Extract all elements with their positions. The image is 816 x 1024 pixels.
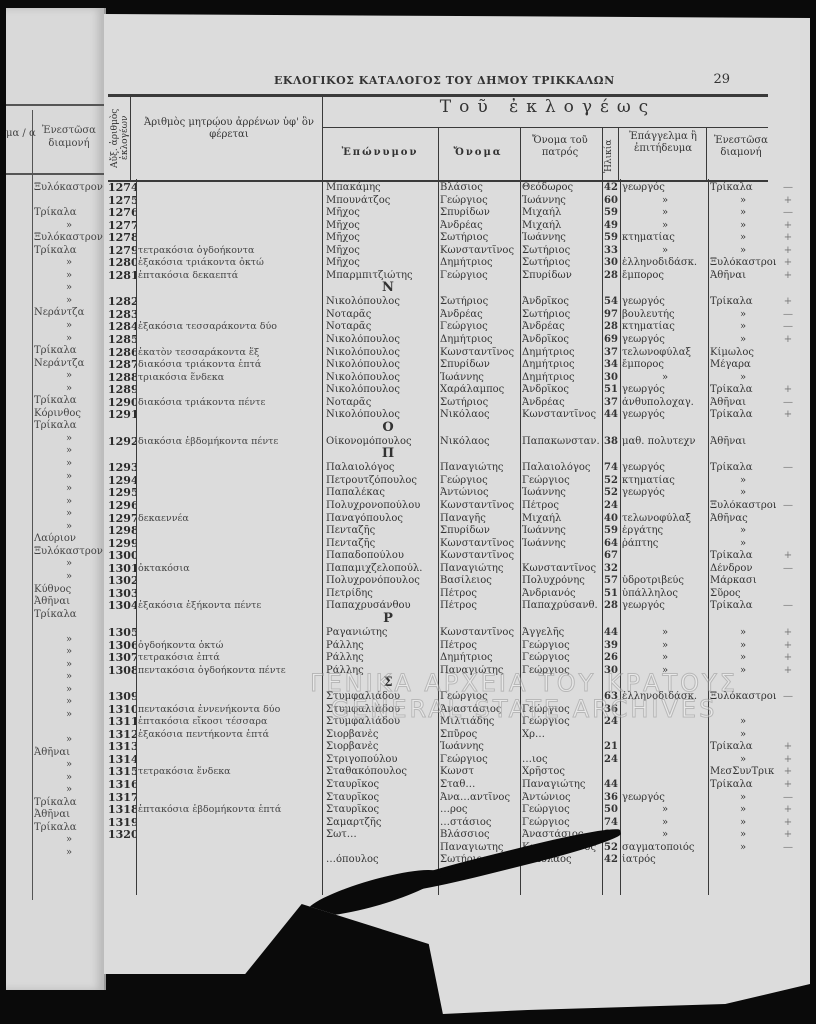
left-residence-cell [34,195,104,208]
age-cell: 28 [604,321,620,334]
name-cell: Ἀνδρέας [440,220,520,233]
register-number-cell: ἑξακόσια ἑξήκοντα πέντε [138,600,320,613]
serial-number-cell: 1287 [108,359,136,372]
tally-mark: — [778,397,798,410]
father-name-cell: Πολυχρόνης [522,575,604,588]
surname-cell: Σταυρῖκος [326,779,438,792]
register-number-cell: ἑξακόσια τριάκοντα ὀκτώ [138,257,320,270]
name-cell: Σπυρίδων [440,525,520,538]
profession-cell: ὑπάλληλος [622,588,708,601]
left-residence-cell: » [34,659,104,672]
left-residence-cell: » [34,333,104,346]
serial-number-cell: 1313 [108,741,136,754]
surname-cell: Στυμφαλιάδου [326,716,438,729]
surname-cell: Σιορβανὲς [326,729,438,742]
tally-mark: + [778,652,798,665]
profession-cell: ἀνθυπολοχαγ. [622,397,708,410]
age-cell: 37 [604,397,620,410]
father-name-cell: Μιχαήλ [522,513,604,526]
left-residence-cell: Τρίκαλα [34,207,104,220]
residence-cell: » [710,652,776,665]
left-residence-cell [34,621,104,634]
residence-cell: Τρίκαλα [710,409,776,422]
residence-cell: » [710,829,776,842]
age-cell: 28 [604,270,620,283]
serial-number-cell: 1301 [108,563,136,576]
residence-cell: » [710,245,776,258]
surname-cell: Μῆχος [326,257,438,270]
age-cell: 30 [604,665,620,678]
serial-number-cell: 1281 [108,270,136,283]
register-number-cell: πεντακόσια ἐννενήκοντα δύο [138,704,320,717]
residence-cell: » [710,321,776,334]
column-divider [520,127,521,180]
serial-number-cell: 1320 [108,829,136,842]
father-name-cell: Σωτήριος [522,257,604,270]
name-cell: Σωτήριος [440,397,520,410]
left-residence-cell: » [34,295,104,308]
name-cell: Ἀνδρέας [440,309,520,322]
left-residence-cell: » [34,734,104,747]
age-cell: 52 [604,487,620,500]
profession-cell: τελωνοφύλαξ [622,513,708,526]
tally-mark: + [778,270,798,283]
left-residence-cell: » [34,383,104,396]
serial-number-cell: 1306 [108,640,136,653]
profession-cell: ἐργάτης [622,525,708,538]
age-cell: 37 [604,347,620,360]
father-name-cell: Σωτήριος [522,309,604,322]
age-cell: 24 [604,716,620,729]
age-cell: 74 [604,462,620,475]
residence-cell: » [710,754,776,767]
serial-number-cell: 1279 [108,245,136,258]
serial-number-cell: 1294 [108,475,136,488]
header-profession: Ἐπάγγελμα ἢ ἐπιτήδευμα [620,131,706,155]
left-residence-cell: » [34,558,104,571]
left-residence-cell: » [34,671,104,684]
surname-cell: Νοταρᾶς [326,397,438,410]
serial-number-cell: 1319 [108,817,136,830]
serial-number-cell: 1276 [108,207,136,220]
residence-cell: » [710,665,776,678]
tally-mark: + [778,779,798,792]
surname-cell: Σταθακόπουλος [326,766,438,779]
residence-cell: » [710,792,776,805]
residence-cell: ΜεσΣυνΤρικ [710,766,776,779]
serial-number-cell: 1304 [108,600,136,613]
father-name-cell: Ἰωάννης [522,487,604,500]
left-residence-cell: Τρίκαλα [34,609,104,622]
name-cell: Παναγῆς [440,513,520,526]
name-cell: Πέτρος [440,588,520,601]
father-name-cell: Παπακωνσταν. [522,436,604,449]
age-cell: 28 [604,600,620,613]
residence-cell: Τρίκαλα [710,741,776,754]
surname-cell: Νικολόπουλος [326,296,438,309]
register-number-cell: πεντακόσια ὀγδοήκοντα πέντε [138,665,320,678]
age-cell: 33 [604,245,620,258]
left-residence-cell: » [34,320,104,333]
header-voter-group: Τοῦ ἐκλογέως [328,101,768,113]
left-residence-cell: Τρίκαλα [34,420,104,433]
residence-cell: » [710,220,776,233]
surname-cell: Μῆχος [326,220,438,233]
name-cell: Γεώργιος [440,195,520,208]
father-name-cell: Κωνσταντῖνος [522,563,604,576]
age-cell: 44 [604,409,620,422]
name-cell: Μιλτιάδης [440,716,520,729]
left-residence-cell: » [34,445,104,458]
age-cell: 44 [604,627,620,640]
residence-cell: » [710,525,776,538]
age-cell: 59 [604,207,620,220]
left-residence-cell: Νεράντζα [34,307,104,320]
residence-cell: » [710,729,776,742]
left-residence-cell: » [34,257,104,270]
serial-number-cell: 1295 [108,487,136,500]
father-name-cell: Ἰωάννης [522,195,604,208]
register-number-cell: τετρακόσια ὀγδοήκοντα [138,245,320,258]
profession-cell: » [622,652,708,665]
serial-number-cell: 1275 [108,195,136,208]
age-cell: 97 [604,309,620,322]
serial-number-cell: 1318 [108,804,136,817]
residence-cell: Τρίκαλα [710,462,776,475]
section-letter: Σ [368,677,408,690]
left-residence-cell: » [34,709,104,722]
surname-cell: Νικολόπουλος [326,334,438,347]
age-cell: 34 [604,359,620,372]
residence-cell: Τρίκαλα [710,296,776,309]
tally-mark: + [778,220,798,233]
register-number-cell: ἑξακόσια τεσσαράκοντα δύο [138,321,320,334]
father-name-cell: Γεώργιος [522,652,604,665]
name-cell: Γεώργιος [440,475,520,488]
profession-cell: » [622,640,708,653]
age-cell: 64 [604,538,620,551]
profession-cell: ὑδροτριβεύς [622,575,708,588]
profession-cell: » [622,245,708,258]
serial-number-cell: 1285 [108,334,136,347]
serial-number-cell: 1274 [108,182,136,195]
name-cell: Σταθ… [440,779,520,792]
father-name-cell: Ἀντώνιος [522,792,604,805]
father-name-cell: Δημήτριος [522,372,604,385]
father-name-cell: Παπαχρύσανθ. [522,600,604,613]
column-divider [322,179,323,895]
surname-cell: Σωτ… [326,829,438,842]
left-residence-cell: » [34,847,104,860]
age-cell: 69 [604,334,620,347]
residence-cell: Τρίκαλα [710,384,776,397]
tally-mark: + [778,195,798,208]
residence-cell: Μέγαρα [710,359,776,372]
father-name-cell: Παναγιώτης [522,779,604,792]
profession-cell: » [622,817,708,830]
column-divider [520,179,521,895]
father-name-cell: Θεόδωρος [522,182,604,195]
residence-cell: » [710,334,776,347]
residence-cell: Κίμωλος [710,347,776,360]
age-cell: 57 [604,575,620,588]
name-cell: Ἀνα…αντῖνος [440,792,520,805]
serial-number-cell: 1286 [108,347,136,360]
name-cell: Βλάσσιος [440,829,520,842]
register-number-cell: ἑπτακόσια ἑβδομήκοντα ἑπτά [138,804,320,817]
tally-mark: — [778,462,798,475]
left-residence-cell: Κύθνος [34,584,104,597]
serial-number-cell: 1303 [108,588,136,601]
surname-cell: Ράλλης [326,640,438,653]
surname-cell: Παπαδοπούλου [326,550,438,563]
serial-number-cell: 1299 [108,538,136,551]
profession-cell: γεωργός [622,409,708,422]
surname-cell: Πολυχρονοπούλου [326,500,438,513]
age-cell: 26 [604,652,620,665]
residence-cell: » [710,232,776,245]
column-divider [602,127,603,180]
father-name-cell: Γεώργιος [522,817,604,830]
age-cell: 63 [604,691,620,704]
residence-cell: » [710,309,776,322]
name-cell: Βασίλειος [440,575,520,588]
left-residence-cell: » [34,634,104,647]
header-rule [6,104,104,106]
section-letter: Ρ [368,613,408,626]
name-cell: …στάσιος [440,817,520,830]
father-name-cell: Ἰωάννης [522,232,604,245]
serial-number-cell: 1282 [108,296,136,309]
name-cell: Χαράλαμπος [440,384,520,397]
father-name-cell: Σωτήριος [522,245,604,258]
surname-cell: Μπακάμης [326,182,438,195]
name-cell: Κωνστ [440,766,520,779]
age-cell: 24 [604,500,620,513]
profession-cell: μαθ. πολυτεχν [622,436,708,449]
father-name-cell: Χρ… [522,729,604,742]
header-residence: Ἐνεστῶσα διαμονή [708,135,774,159]
left-residence-cell: » [34,696,104,709]
name-cell: Ἀναστάσιος [440,704,520,717]
register-number-cell: ἑπτακόσια δεκαεπτά [138,270,320,283]
name-cell: Κωνσταντῖνος [440,347,520,360]
header-rule [6,173,104,175]
left-residence-cell: Ἀθῆναι [34,747,104,760]
surname-cell: Νικολόπουλος [326,372,438,385]
father-name-cell: Ἰωάννης [522,525,604,538]
residence-cell: Ἀθῆναι [710,397,776,410]
residence-cell: Τρίκαλα [710,779,776,792]
tally-mark: — [778,309,798,322]
serial-number-cell: 1280 [108,257,136,270]
profession-cell: ἑλληνοδιδάσκ. [622,257,708,270]
father-name-cell: Γεώργιος [522,475,604,488]
residence-cell: » [710,817,776,830]
residence-cell: » [710,207,776,220]
tally-mark: — [778,500,798,513]
father-name-cell: Γεώργιος [522,665,604,678]
profession-cell: γεωργός [622,487,708,500]
serial-number-cell: 1284 [108,321,136,334]
column-divider [602,179,603,895]
father-name-cell: Ἀνδριανός [522,588,604,601]
register-number-cell: ἑπτακόσια εἴκοσι τέσσαρα [138,716,320,729]
residence-cell: Ἀθῆνας [710,513,776,526]
surname-cell: Μῆχος [326,232,438,245]
left-residence-cell: » [34,433,104,446]
name-cell: Κωνσταντῖνος [440,627,520,640]
residence-cell: » [710,487,776,500]
left-residence-cell: Ξυλόκαστρον [34,546,104,559]
left-residence-cell: » [34,282,104,295]
age-cell: 59 [604,525,620,538]
register-number-cell: ὀγδοήκοντα ὀκτώ [138,640,320,653]
father-name-cell: Δημήτριος [522,347,604,360]
left-residence-cell: » [34,784,104,797]
residence-cell: » [710,640,776,653]
serial-number-cell: 1305 [108,627,136,640]
surname-cell: Σαμαρτζῆς [326,817,438,830]
serial-number-cell: 1316 [108,779,136,792]
age-cell: 36 [604,792,620,805]
column-divider [708,179,709,895]
section-letter: Π [368,448,408,461]
left-residence-cell: » [34,471,104,484]
profession-cell: γεωργός [622,296,708,309]
serial-number-cell: 1277 [108,220,136,233]
surname-cell: Μῆχος [326,207,438,220]
age-cell: 21 [604,741,620,754]
surname-cell: Παναγόπουλος [326,513,438,526]
surname-cell: Νικολόπουλος [326,347,438,360]
name-cell: Παναγιώτης [440,665,520,678]
father-name-cell: Χρῆστος [522,766,604,779]
left-residence-cell: » [34,759,104,772]
tally-mark: + [778,296,798,309]
left-header-residence: Ἐνεστῶσα διαμονή [36,124,102,150]
name-cell: Βλάσιος [440,182,520,195]
profession-cell: γεωργός [622,462,708,475]
left-residence-cell: Τρίκαλα [34,822,104,835]
residence-cell: Τρίκαλα [710,600,776,613]
serial-number-cell: 1317 [108,792,136,805]
tally-mark: — [778,600,798,613]
age-cell: 40 [604,513,620,526]
tally-mark: + [778,257,798,270]
residence-cell: » [710,372,776,385]
profession-cell: βουλευτής [622,309,708,322]
header-surname: Ἐπώνυμον [324,147,436,159]
name-cell: Παναγιώτης [440,462,520,475]
serial-number-cell: 1307 [108,652,136,665]
age-cell: 38 [604,436,620,449]
page-header: ΕΚΛΟΓΙΚΟΣ ΚΑΤΑΛΟΓΟΣ ΤΟΥ ΔΗΜΟΥ ΤΡΙΚΚΑΛΩΝ … [104,72,810,92]
profession-cell: γεωργός [622,384,708,397]
serial-number-cell: 1314 [108,754,136,767]
tally-mark: + [778,817,798,830]
profession-cell: κτηματίας [622,475,708,488]
profession-cell: » [622,207,708,220]
name-cell: Γεώργιος [440,754,520,767]
column-divider [438,179,439,895]
age-cell: 74 [604,817,620,830]
serial-number-cell: 1302 [108,575,136,588]
name-cell: Σπυρίδων [440,207,520,220]
serial-number-cell: 1289 [108,384,136,397]
tally-mark: — [778,792,798,805]
serial-number-cell: 1309 [108,691,136,704]
profession-cell: ῥάπτης [622,538,708,551]
tally-mark: + [778,245,798,258]
tally-mark: + [778,766,798,779]
section-letter: Ν [368,282,408,295]
left-residence-cell: Ἀθῆναι [34,809,104,822]
profession-cell: » [622,665,708,678]
tally-mark: — [778,691,798,704]
surname-cell: Σταυρῖκος [326,804,438,817]
age-cell: 36 [604,704,620,717]
father-name-cell: Ἀνδρῖκος [522,334,604,347]
left-residence-cell: Λαύριον [34,533,104,546]
serial-number-cell: 1291 [108,409,136,422]
father-name-cell: Σπυρίδων [522,270,604,283]
profession-cell: » [622,372,708,385]
father-name-cell: Ἀγγελῆς [522,627,604,640]
age-cell: 60 [604,195,620,208]
profession-cell: γεωργός [622,600,708,613]
name-cell: Ἰωάννης [440,372,520,385]
profession-cell: » [622,195,708,208]
surname-cell: Παλαιολόγος [326,462,438,475]
surname-cell: Πετρίδης [326,588,438,601]
age-cell: 49 [604,220,620,233]
tally-mark: + [778,334,798,347]
tally-mark: — [778,321,798,334]
surname-cell: Νοταρᾶς [326,321,438,334]
surname-cell: Στυμφαλιάδου [326,691,438,704]
name-cell: Δημήτριος [440,257,520,270]
father-name-cell: Μιχαήλ [522,220,604,233]
register-page: ΕΚΛΟΓΙΚΟΣ ΚΑΤΑΛΟΓΟΣ ΤΟΥ ΔΗΜΟΥ ΤΡΙΚΚΑΛΩΝ … [104,14,810,1014]
left-residence-cell: Ξυλόκαστρον [34,232,104,245]
name-cell: …ρος [440,804,520,817]
serial-number-cell: 1278 [108,232,136,245]
age-cell: 50 [604,804,620,817]
profession-cell: ἑλληνοδιδάσκ. [622,691,708,704]
residence-cell: » [710,195,776,208]
name-cell: Γεώργιος [440,270,520,283]
age-cell: 42 [604,182,620,195]
serial-number-cell: 1300 [108,550,136,563]
tally-mark: — [778,563,798,576]
serial-number-cell: 1310 [108,704,136,717]
father-name-cell: Ἀνδρῖκος [522,296,604,309]
name-cell: Γεώργιος [440,691,520,704]
age-cell: 51 [604,384,620,397]
residence-cell: » [710,627,776,640]
name-cell: Γεώργιος [440,321,520,334]
table-header: Αὔξ. ἀριθμὸς ἐκλογέων Ἀριθμὸς μητρῴου ἀρ… [108,94,768,182]
name-cell: Νικόλαος [440,409,520,422]
father-name-cell: Ἀνδρέας [522,397,604,410]
left-residence-cell: Τρίκαλα [34,245,104,258]
tally-mark: + [778,384,798,397]
header-age: Ἡλικία [603,135,617,177]
surname-cell: Μπουνάτζος [326,195,438,208]
left-residence-cell: » [34,220,104,233]
surname-cell: Πετρουτζόπουλος [326,475,438,488]
